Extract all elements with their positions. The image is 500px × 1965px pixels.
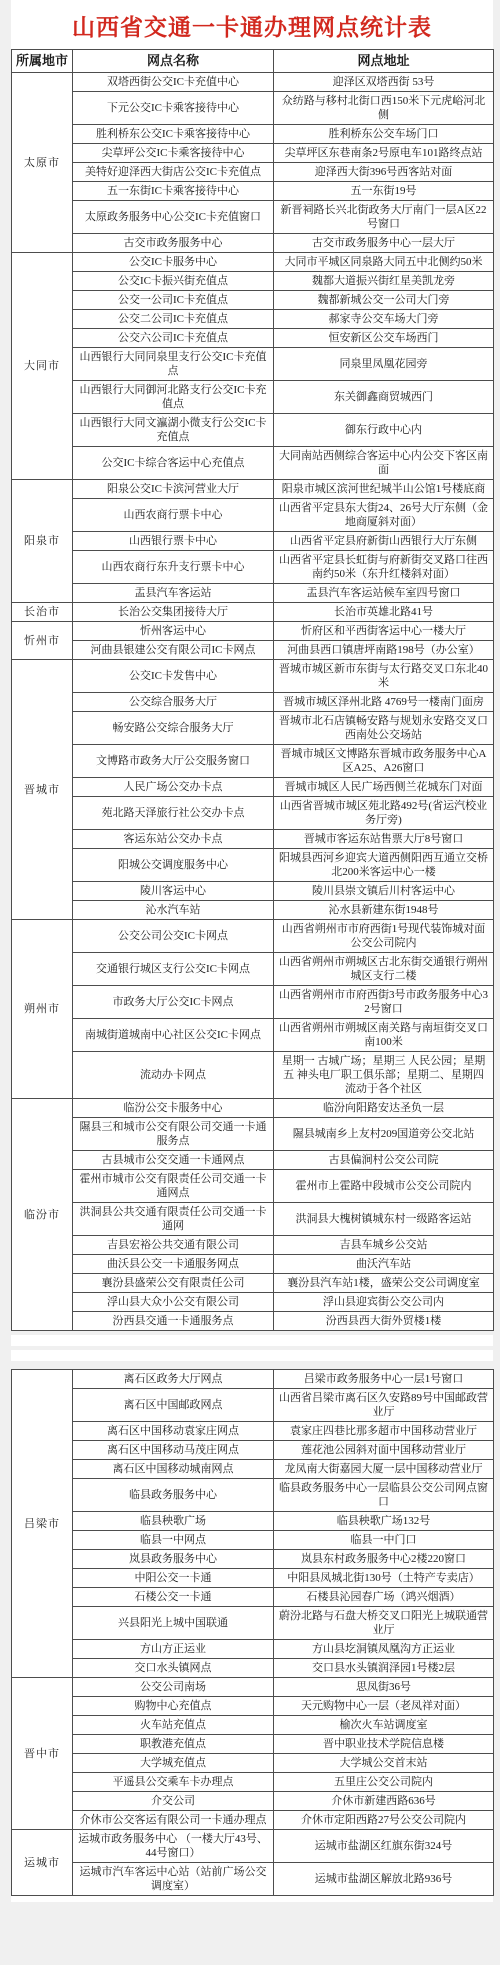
table-row: 沁水汽车站沁水县新建东街1948号 — [12, 901, 494, 920]
column-header-0: 所属地市 — [12, 50, 73, 73]
site-name-cell: 公交IC卡发售中心 — [73, 660, 274, 693]
site-address-cell: 晋城市客运东站售票大厅8号窗口 — [274, 830, 494, 849]
site-name-cell: 方山方正运业 — [73, 1640, 274, 1659]
table-row: 陵川客运中心陵川县崇文镇后川村客运中心 — [12, 882, 494, 901]
table-row: 忻州市忻州客运中心忻府区和平西街客运中心一楼大厅 — [12, 622, 494, 641]
site-address-cell: 岚县东村政务服务中心2楼220窗口 — [274, 1550, 494, 1569]
site-name-cell: 公交六公司IC卡充值点 — [73, 329, 274, 348]
site-name-cell: 山西银行票卡中心 — [73, 532, 274, 551]
table-row: 山西银行大同同泉里支行公交IC卡充值点同泉里凤凰花园旁 — [12, 348, 494, 381]
site-address-cell: 大同南站西侧综合客运中心内公交下客区南面 — [274, 447, 494, 480]
site-name-cell: 购物中心充值点 — [73, 1697, 274, 1716]
table-row: 阳城公交调度服务中心阳城县西河乡迎宾大道西侧阳西互通立交桥北200米客运中心一楼 — [12, 849, 494, 882]
site-address-cell: 石楼县沁园春广场（鸿兴烟酒） — [274, 1588, 494, 1607]
site-name-cell: 临县政务服务中心 — [73, 1479, 274, 1512]
site-address-cell: 介休市定阳西路27号公交公司院内 — [274, 1811, 494, 1830]
site-address-cell: 山西省平定县东大街24、26号大厅东侧（金地商厦斜对面） — [274, 499, 494, 532]
table-row: 美特好迎泽西大街店公交IC卡充值点迎泽西大街396号西客站对面 — [12, 163, 494, 182]
site-name-cell: 阳泉公交IC卡滨河营业大厅 — [73, 480, 274, 499]
table-row: 临汾市临汾公交卡服务中心临汾向阳路安达圣负一层 — [12, 1099, 494, 1118]
site-address-cell: 众纺路与移村北街口西150米下元虎峪河北侧 — [274, 92, 494, 125]
site-name-cell: 临县秧歌广场 — [73, 1512, 274, 1531]
site-name-cell: 石楼公交一卡通 — [73, 1588, 274, 1607]
table-row: 古交市政务服务中心古交市政务服务中心一层大厅 — [12, 234, 494, 253]
table-row: 山西银行票卡中心山西省平定县府新街山西银行大厅东侧 — [12, 532, 494, 551]
table-row: 尖草坪公交IC卡乘客接待中心尖草坪区东巷南条2号原电车101路终点站 — [12, 144, 494, 163]
site-name-cell: 山西农商行东升支行票卡中心 — [73, 551, 274, 584]
table-row: 石楼公交一卡通石楼县沁园春广场（鸿兴烟酒） — [12, 1588, 494, 1607]
site-address-cell: 榆次火车站调度室 — [274, 1716, 494, 1735]
site-name-cell: 五一东街IC卡乘客接待中心 — [73, 182, 274, 201]
site-address-cell: 山西省平定县府新街山西银行大厅东侧 — [274, 532, 494, 551]
site-address-cell: 运城市盐湖区解放北路936号 — [274, 1863, 494, 1896]
site-address-cell: 陵川县崇文镇后川村客运中心 — [274, 882, 494, 901]
site-name-cell: 介交公司 — [73, 1792, 274, 1811]
site-address-cell: 御东行政中心内 — [274, 414, 494, 447]
table-row: 公交二公司IC卡充值点郝家寺公交车场大门旁 — [12, 310, 494, 329]
site-address-cell: 晋中职业技术学院信息楼 — [274, 1735, 494, 1754]
site-address-cell: 河曲县西口镇唐坪南路198号（办公室） — [274, 641, 494, 660]
site-name-cell: 市政务大厅公交IC卡网点 — [73, 986, 274, 1019]
network-table-2-container: 吕梁市离石区政务大厅网点吕梁市政务服务中心一层1号窗口离石区中国邮政网点山西省吕… — [11, 1369, 493, 1896]
table-row: 洪洞县公共交通有限责任公司交通一卡通网洪洞县大槐树镇城东村一级路客运站 — [12, 1203, 494, 1236]
site-address-cell: 晋城市城区人民广场西侧兰花城东门对面 — [274, 778, 494, 797]
site-name-cell: 临县一中网点 — [73, 1531, 274, 1550]
table-row: 离石区中国邮政网点山西省吕梁市离石区久安路89号中国邮政营业厅 — [12, 1389, 494, 1422]
site-name-cell: 平遥县公交乘车卡办理点 — [73, 1773, 274, 1792]
site-address-cell: 山西省朔州市市府西街1号现代装饰城对面公交公司院内 — [274, 920, 494, 953]
table-row: 五一东街IC卡乘客接待中心五一东街19号 — [12, 182, 494, 201]
site-address-cell: 山西省吕梁市离石区久安路89号中国邮政营业厅 — [274, 1389, 494, 1422]
site-name-cell: 公交综合服务大厅 — [73, 693, 274, 712]
table-row: 交通银行城区支行公交IC卡网点山西省朔州市朔城区古北东街交通银行朔州城区支行二楼 — [12, 953, 494, 986]
site-name-cell: 美特好迎泽西大街店公交IC卡充值点 — [73, 163, 274, 182]
site-address-cell: 中阳县凤城北街130号（土特产专卖店） — [274, 1569, 494, 1588]
site-name-cell: 流动办卡网点 — [73, 1052, 274, 1099]
site-name-cell: 离石区政务大厅网点 — [73, 1370, 274, 1389]
network-table-1: 所属地市网点名称网点地址太原市双塔西街公交IC卡充值中心迎泽区双塔西街 53号下… — [11, 49, 494, 1331]
site-name-cell: 洪洞县公共交通有限责任公司交通一卡通网 — [73, 1203, 274, 1236]
site-name-cell: 火车站充值点 — [73, 1716, 274, 1735]
table-row: 公交综合服务大厅晋城市城区泽州北路 4769号一楼南门面房 — [12, 693, 494, 712]
table-row: 霍州市城市公交有限责任公司交通一卡通网点霍州市上霍路中段城市公交公司院内 — [12, 1170, 494, 1203]
table-row: 临县秧歌广场临县秧歌广场132号 — [12, 1512, 494, 1531]
table-row: 公交一公司IC卡充值点魏都新城公交一公司大门旁 — [12, 291, 494, 310]
table-row: 临县一中网点临县一中门口 — [12, 1531, 494, 1550]
site-address-cell: 恒安新区公交车场西门 — [274, 329, 494, 348]
site-name-cell: 尖草坪公交IC卡乘客接待中心 — [73, 144, 274, 163]
table-row: 离石区中国移动城南网点龙凤南大街嘉园大厦一层中国移动营业厅 — [12, 1460, 494, 1479]
site-address-cell: 星期一 古城广场；星期三 人民公园；星期五 神头电厂职工俱乐部；星期二、星期四 … — [274, 1052, 494, 1099]
table-row: 阳泉市阳泉公交IC卡滨河营业大厅阳泉市城区滨河世纪城半山公馆1号楼底商 — [12, 480, 494, 499]
site-name-cell: 霍州市城市公交有限责任公司交通一卡通网点 — [73, 1170, 274, 1203]
network-table-1-container: 所属地市网点名称网点地址太原市双塔西街公交IC卡充值中心迎泽区双塔西街 53号下… — [11, 49, 493, 1331]
site-address-cell: 古交市政务服务中心一层大厅 — [274, 234, 494, 253]
site-address-cell: 吉县车城乡公交站 — [274, 1236, 494, 1255]
site-address-cell: 晋城市城区新市东街与太行路交叉口东北40米 — [274, 660, 494, 693]
network-table-2: 吕梁市离石区政务大厅网点吕梁市政务服务中心一层1号窗口离石区中国邮政网点山西省吕… — [11, 1369, 494, 1896]
site-name-cell: 离石区中国邮政网点 — [73, 1389, 274, 1422]
table-row: 吕梁市离石区政务大厅网点吕梁市政务服务中心一层1号窗口 — [12, 1370, 494, 1389]
table-row: 吉县宏裕公共交通有限公司吉县车城乡公交站 — [12, 1236, 494, 1255]
site-address-cell: 魏都大道振兴街红星美凯龙旁 — [274, 272, 494, 291]
document-page: 山西省交通一卡通办理网点统计表 所属地市网点名称网点地址太原市双塔西街公交IC卡… — [11, 0, 493, 1902]
site-address-cell: 胜利桥东公交车场门口 — [274, 125, 494, 144]
site-name-cell: 陵川客运中心 — [73, 882, 274, 901]
table-row: 畅安路公交综合服务大厅晋城市北石店镇畅安路与规划永安路交叉口西南处公交场站 — [12, 712, 494, 745]
table-row: 盂县汽车客运站盂县汽车客运站候车室四号窗口 — [12, 584, 494, 603]
site-address-cell: 山西省晋城市城区苑北路492号(省运汽校业务厅旁) — [274, 797, 494, 830]
site-name-cell: 兴县阳光上城中国联通 — [73, 1607, 274, 1640]
table-row: 朔州市公交公司公交IC卡网点山西省朔州市市府西街1号现代装饰城对面公交公司院内 — [12, 920, 494, 953]
table-row: 公交IC卡综合客运中心充值点大同南站西侧综合客运中心内公交下客区南面 — [12, 447, 494, 480]
table-row: 临县政务服务中心临县政务服务中心一层临县公交公司网点窗口 — [12, 1479, 494, 1512]
site-name-cell: 山西银行大同文瀛湖小微支行公交IC卡充值点 — [73, 414, 274, 447]
site-address-cell: 山西省朔州市朔城区南关路与南垣街交叉口南100米 — [274, 1019, 494, 1052]
column-header-1: 网点名称 — [73, 50, 274, 73]
site-address-cell: 汾西县西大街外贸楼1楼 — [274, 1312, 494, 1331]
site-name-cell: 盂县汽车客运站 — [73, 584, 274, 603]
table-row: 古县城市公交交通一卡通网点古县偏涧村公交公司院 — [12, 1151, 494, 1170]
site-address-cell: 大学城公交首末站 — [274, 1754, 494, 1773]
site-address-cell: 方山县圪洞镇凤凰沟方正运业 — [274, 1640, 494, 1659]
site-name-cell: 吉县宏裕公共交通有限公司 — [73, 1236, 274, 1255]
table-row: 南城街道城南中心社区公交IC卡网点山西省朔州市朔城区南关路与南垣街交叉口南100… — [12, 1019, 494, 1052]
table-gap — [0, 1331, 500, 1369]
site-address-cell: 霍州市上霍路中段城市公交公司院内 — [274, 1170, 494, 1203]
table-row: 人民广场公交办卡点晋城市城区人民广场西侧兰花城东门对面 — [12, 778, 494, 797]
site-name-cell: 下元公交IC卡乘客接待中心 — [73, 92, 274, 125]
city-cell: 吕梁市 — [12, 1370, 73, 1678]
table-row: 购物中心充值点天元购物中心一层（老凤祥对面） — [12, 1697, 494, 1716]
table-row: 运城市汽车客运中心站（站前广场公交调度室）运城市盐湖区解放北路936号 — [12, 1863, 494, 1896]
city-cell: 临汾市 — [12, 1099, 73, 1331]
site-name-cell: 公交二公司IC卡充值点 — [73, 310, 274, 329]
site-name-cell: 曲沃县公交一卡通服务网点 — [73, 1255, 274, 1274]
city-cell: 朔州市 — [12, 920, 73, 1099]
site-name-cell: 介休市公交客运有限公司一卡通办理点 — [73, 1811, 274, 1830]
table-row: 方山方正运业方山县圪洞镇凤凰沟方正运业 — [12, 1640, 494, 1659]
table-row: 河曲县银建公交有限公司IC卡网点河曲县西口镇唐坪南路198号（办公室） — [12, 641, 494, 660]
table-row: 客运东站公交办卡点晋城市客运东站售票大厅8号窗口 — [12, 830, 494, 849]
site-name-cell: 隰县三和城市公交有限公司交通一卡通服务点 — [73, 1118, 274, 1151]
site-address-cell: 五里庄公交公司院内 — [274, 1773, 494, 1792]
site-name-cell: 山西银行大同御河北路支行公交IC卡充值点 — [73, 381, 274, 414]
site-address-cell: 洪洞县大槐树镇城东村一级路客运站 — [274, 1203, 494, 1236]
table-row: 山西银行大同御河北路支行公交IC卡充值点东关御鑫商贸城西门 — [12, 381, 494, 414]
site-address-cell: 运城市盐湖区红旗东街324号 — [274, 1830, 494, 1863]
table-row: 大同市公交IC卡服务中心大同市平城区同泉路大同五中北侧约50米 — [12, 253, 494, 272]
city-cell: 阳泉市 — [12, 480, 73, 603]
table-row: 介休市公交客运有限公司一卡通办理点介休市定阳西路27号公交公司院内 — [12, 1811, 494, 1830]
site-address-cell: 迎泽区双塔西街 53号 — [274, 73, 494, 92]
site-name-cell: 浮山县大众小公交有限公司 — [73, 1293, 274, 1312]
site-address-cell: 隰县城南乡上友村209国道旁公交北站 — [274, 1118, 494, 1151]
site-address-cell: 介休市新建西路636号 — [274, 1792, 494, 1811]
site-address-cell: 沁水县新建东街1948号 — [274, 901, 494, 920]
table-row: 平遥县公交乘车卡办理点五里庄公交公司院内 — [12, 1773, 494, 1792]
site-name-cell: 交通银行城区支行公交IC卡网点 — [73, 953, 274, 986]
header-row: 所属地市网点名称网点地址 — [12, 50, 494, 73]
site-name-cell: 运城市汽车客运中心站（站前广场公交调度室） — [73, 1863, 274, 1896]
site-address-cell: 阳城县西河乡迎宾大道西侧阳西互通立交桥北200米客运中心一楼 — [274, 849, 494, 882]
site-name-cell: 山西银行大同同泉里支行公交IC卡充值点 — [73, 348, 274, 381]
city-cell: 晋中市 — [12, 1678, 73, 1830]
site-name-cell: 太原政务服务中心公交IC卡充值窗口 — [73, 201, 274, 234]
site-address-cell: 迎泽西大街396号西客站对面 — [274, 163, 494, 182]
table-row: 火车站充值点榆次火车站调度室 — [12, 1716, 494, 1735]
table-row: 离石区中国移动马茂庄网点莲花池公园斜对面中国移动营业厅 — [12, 1441, 494, 1460]
gap-strip — [11, 1335, 493, 1346]
city-cell: 长治市 — [12, 603, 73, 622]
table-row: 曲沃县公交一卡通服务网点曲沃汽车站 — [12, 1255, 494, 1274]
city-cell: 运城市 — [12, 1830, 73, 1896]
site-name-cell: 古交市政务服务中心 — [73, 234, 274, 253]
site-address-cell: 晋城市北石店镇畅安路与规划永安路交叉口西南处公交场站 — [274, 712, 494, 745]
site-address-cell: 临县一中门口 — [274, 1531, 494, 1550]
site-name-cell: 古县城市公交交通一卡通网点 — [73, 1151, 274, 1170]
site-address-cell: 思凤街36号 — [274, 1678, 494, 1697]
table-row: 长治市长治公交集团接待大厅长治市英雄北路41号 — [12, 603, 494, 622]
site-name-cell: 襄汾县盛荣公交有限责任公司 — [73, 1274, 274, 1293]
column-header-2: 网点地址 — [274, 50, 494, 73]
table-row: 兴县阳光上城中国联通蔚汾北路与石盘大桥交叉口阳光上城联通营业厅 — [12, 1607, 494, 1640]
site-name-cell: 长治公交集团接待大厅 — [73, 603, 274, 622]
site-address-cell: 山西省朔州市市府西街3号市政务服务中心32号窗口 — [274, 986, 494, 1019]
site-name-cell: 苑北路天泽旅行社公交办卡点 — [73, 797, 274, 830]
site-address-cell: 新晋祠路长兴北街政务大厅南门一层A区22号窗口 — [274, 201, 494, 234]
site-address-cell: 东关御鑫商贸城西门 — [274, 381, 494, 414]
site-address-cell: 吕梁市政务服务中心一层1号窗口 — [274, 1370, 494, 1389]
site-name-cell: 公交一公司IC卡充值点 — [73, 291, 274, 310]
site-name-cell: 阳城公交调度服务中心 — [73, 849, 274, 882]
site-address-cell: 古县偏涧村公交公司院 — [274, 1151, 494, 1170]
site-address-cell: 浮山县迎宾街公交公司内 — [274, 1293, 494, 1312]
gap-strip — [11, 1350, 493, 1361]
table-row: 公交六公司IC卡充值点恒安新区公交车场西门 — [12, 329, 494, 348]
table-row: 晋城市公交IC卡发售中心晋城市城区新市东街与太行路交叉口东北40米 — [12, 660, 494, 693]
site-name-cell: 公交IC卡振兴街充值点 — [73, 272, 274, 291]
table-row: 山西农商行东升支行票卡中心山西省平定县长虹街与府新街交叉路口往西南约50米（东升… — [12, 551, 494, 584]
table-row: 交口水头镇网点交口县水头镇润泽园1号楼2层 — [12, 1659, 494, 1678]
table-row: 浮山县大众小公交有限公司浮山县迎宾街公交公司内 — [12, 1293, 494, 1312]
site-name-cell: 离石区中国移动城南网点 — [73, 1460, 274, 1479]
table-row: 苑北路天泽旅行社公交办卡点山西省晋城市城区苑北路492号(省运汽校业务厅旁) — [12, 797, 494, 830]
site-address-cell: 同泉里凤凰花园旁 — [274, 348, 494, 381]
site-address-cell: 五一东街19号 — [274, 182, 494, 201]
site-name-cell: 南城街道城南中心社区公交IC卡网点 — [73, 1019, 274, 1052]
table-row: 太原市双塔西街公交IC卡充值中心迎泽区双塔西街 53号 — [12, 73, 494, 92]
site-address-cell: 临县政务服务中心一层临县公交公司网点窗口 — [274, 1479, 494, 1512]
table-row: 中阳公交一卡通中阳县凤城北街130号（土特产专卖店） — [12, 1569, 494, 1588]
site-address-cell: 阳泉市城区滨河世纪城半山公馆1号楼底商 — [274, 480, 494, 499]
site-address-cell: 晋城市城区泽州北路 4769号一楼南门面房 — [274, 693, 494, 712]
table-row: 介交公司介休市新建西路636号 — [12, 1792, 494, 1811]
site-name-cell: 河曲县银建公交有限公司IC卡网点 — [73, 641, 274, 660]
site-name-cell: 公交IC卡综合客运中心充值点 — [73, 447, 274, 480]
site-name-cell: 运城市政务服务中心 （一楼大厅43号、44号窗口） — [73, 1830, 274, 1863]
site-address-cell: 交口县水头镇润泽园1号楼2层 — [274, 1659, 494, 1678]
site-name-cell: 客运东站公交办卡点 — [73, 830, 274, 849]
site-name-cell: 人民广场公交办卡点 — [73, 778, 274, 797]
site-address-cell: 尖草坪区东巷南条2号原电车101路终点站 — [274, 144, 494, 163]
site-address-cell: 大同市平城区同泉路大同五中北侧约50米 — [274, 253, 494, 272]
site-address-cell: 袁家庄四巷比那多超市中国移动营业厅 — [274, 1422, 494, 1441]
site-address-cell: 晋城市城区文博路东晋城市政务服务中心A区A25、A26窗口 — [274, 745, 494, 778]
site-address-cell: 襄汾县汽车站1楼，盛荣公交公司调度室 — [274, 1274, 494, 1293]
site-name-cell: 公交公司公交IC卡网点 — [73, 920, 274, 953]
table-row: 公交IC卡振兴街充值点魏都大道振兴街红星美凯龙旁 — [12, 272, 494, 291]
table-row: 离石区中国移动袁家庄网点袁家庄四巷比那多超市中国移动营业厅 — [12, 1422, 494, 1441]
table-row: 市政务大厅公交IC卡网点山西省朔州市市府西街3号市政务服务中心32号窗口 — [12, 986, 494, 1019]
site-name-cell: 临汾公交卡服务中心 — [73, 1099, 274, 1118]
site-name-cell: 文博路市政务大厅公交服务窗口 — [73, 745, 274, 778]
table-row: 文博路市政务大厅公交服务窗口晋城市城区文博路东晋城市政务服务中心A区A25、A2… — [12, 745, 494, 778]
site-address-cell: 盂县汽车客运站候车室四号窗口 — [274, 584, 494, 603]
site-name-cell: 畅安路公交综合服务大厅 — [73, 712, 274, 745]
table-row: 隰县三和城市公交有限公司交通一卡通服务点隰县城南乡上友村209国道旁公交北站 — [12, 1118, 494, 1151]
site-address-cell: 龙凤南大街嘉园大厦一层中国移动营业厅 — [274, 1460, 494, 1479]
table-row: 晋中市公交公司南场思凤街36号 — [12, 1678, 494, 1697]
site-address-cell: 莲花池公园斜对面中国移动营业厅 — [274, 1441, 494, 1460]
table-row: 胜利桥东公交IC卡乘客接待中心胜利桥东公交车场门口 — [12, 125, 494, 144]
city-cell: 太原市 — [12, 73, 73, 253]
table-row: 职教港充值点晋中职业技术学院信息楼 — [12, 1735, 494, 1754]
site-name-cell: 职教港充值点 — [73, 1735, 274, 1754]
site-name-cell: 汾西县交通一卡通服务点 — [73, 1312, 274, 1331]
site-address-cell: 蔚汾北路与石盘大桥交叉口阳光上城联通营业厅 — [274, 1607, 494, 1640]
city-cell: 忻州市 — [12, 622, 73, 660]
site-name-cell: 中阳公交一卡通 — [73, 1569, 274, 1588]
page-title: 山西省交通一卡通办理网点统计表 — [11, 0, 493, 49]
site-name-cell: 离石区中国移动马茂庄网点 — [73, 1441, 274, 1460]
site-name-cell: 公交IC卡服务中心 — [73, 253, 274, 272]
site-name-cell: 忻州客运中心 — [73, 622, 274, 641]
site-address-cell: 临汾向阳路安达圣负一层 — [274, 1099, 494, 1118]
site-address-cell: 郝家寺公交车场大门旁 — [274, 310, 494, 329]
table-row: 运城市运城市政务服务中心 （一楼大厅43号、44号窗口）运城市盐湖区红旗东街32… — [12, 1830, 494, 1863]
site-name-cell: 大学城充值点 — [73, 1754, 274, 1773]
site-address-cell: 忻府区和平西街客运中心一楼大厅 — [274, 622, 494, 641]
site-name-cell: 沁水汽车站 — [73, 901, 274, 920]
table-row: 汾西县交通一卡通服务点汾西县西大街外贸楼1楼 — [12, 1312, 494, 1331]
site-address-cell: 曲沃汽车站 — [274, 1255, 494, 1274]
table-row: 大学城充值点大学城公交首末站 — [12, 1754, 494, 1773]
table-row: 太原政务服务中心公交IC卡充值窗口新晋祠路长兴北街政务大厅南门一层A区22号窗口 — [12, 201, 494, 234]
site-address-cell: 天元购物中心一层（老凤祥对面） — [274, 1697, 494, 1716]
site-name-cell: 公交公司南场 — [73, 1678, 274, 1697]
site-address-cell: 魏都新城公交一公司大门旁 — [274, 291, 494, 310]
site-name-cell: 交口水头镇网点 — [73, 1659, 274, 1678]
table-row: 山西农商行票卡中心山西省平定县东大街24、26号大厅东侧（金地商厦斜对面） — [12, 499, 494, 532]
site-name-cell: 双塔西街公交IC卡充值中心 — [73, 73, 274, 92]
site-address-cell: 长治市英雄北路41号 — [274, 603, 494, 622]
table-row: 下元公交IC卡乘客接待中心众纺路与移村北街口西150米下元虎峪河北侧 — [12, 92, 494, 125]
table-row: 岚县政务服务中心岚县东村政务服务中心2楼220窗口 — [12, 1550, 494, 1569]
site-name-cell: 胜利桥东公交IC卡乘客接待中心 — [73, 125, 274, 144]
site-name-cell: 岚县政务服务中心 — [73, 1550, 274, 1569]
site-name-cell: 离石区中国移动袁家庄网点 — [73, 1422, 274, 1441]
city-cell: 大同市 — [12, 253, 73, 480]
site-address-cell: 临县秧歌广场132号 — [274, 1512, 494, 1531]
site-address-cell: 山西省平定县长虹街与府新街交叉路口往西南约50米（东升红楼斜对面） — [274, 551, 494, 584]
table-row: 山西银行大同文瀛湖小微支行公交IC卡充值点御东行政中心内 — [12, 414, 494, 447]
city-cell: 晋城市 — [12, 660, 73, 920]
site-name-cell: 山西农商行票卡中心 — [73, 499, 274, 532]
table-row: 襄汾县盛荣公交有限责任公司襄汾县汽车站1楼，盛荣公交公司调度室 — [12, 1274, 494, 1293]
table-row: 流动办卡网点星期一 古城广场；星期三 人民公园；星期五 神头电厂职工俱乐部；星期… — [12, 1052, 494, 1099]
site-address-cell: 山西省朔州市朔城区古北东街交通银行朔州城区支行二楼 — [274, 953, 494, 986]
